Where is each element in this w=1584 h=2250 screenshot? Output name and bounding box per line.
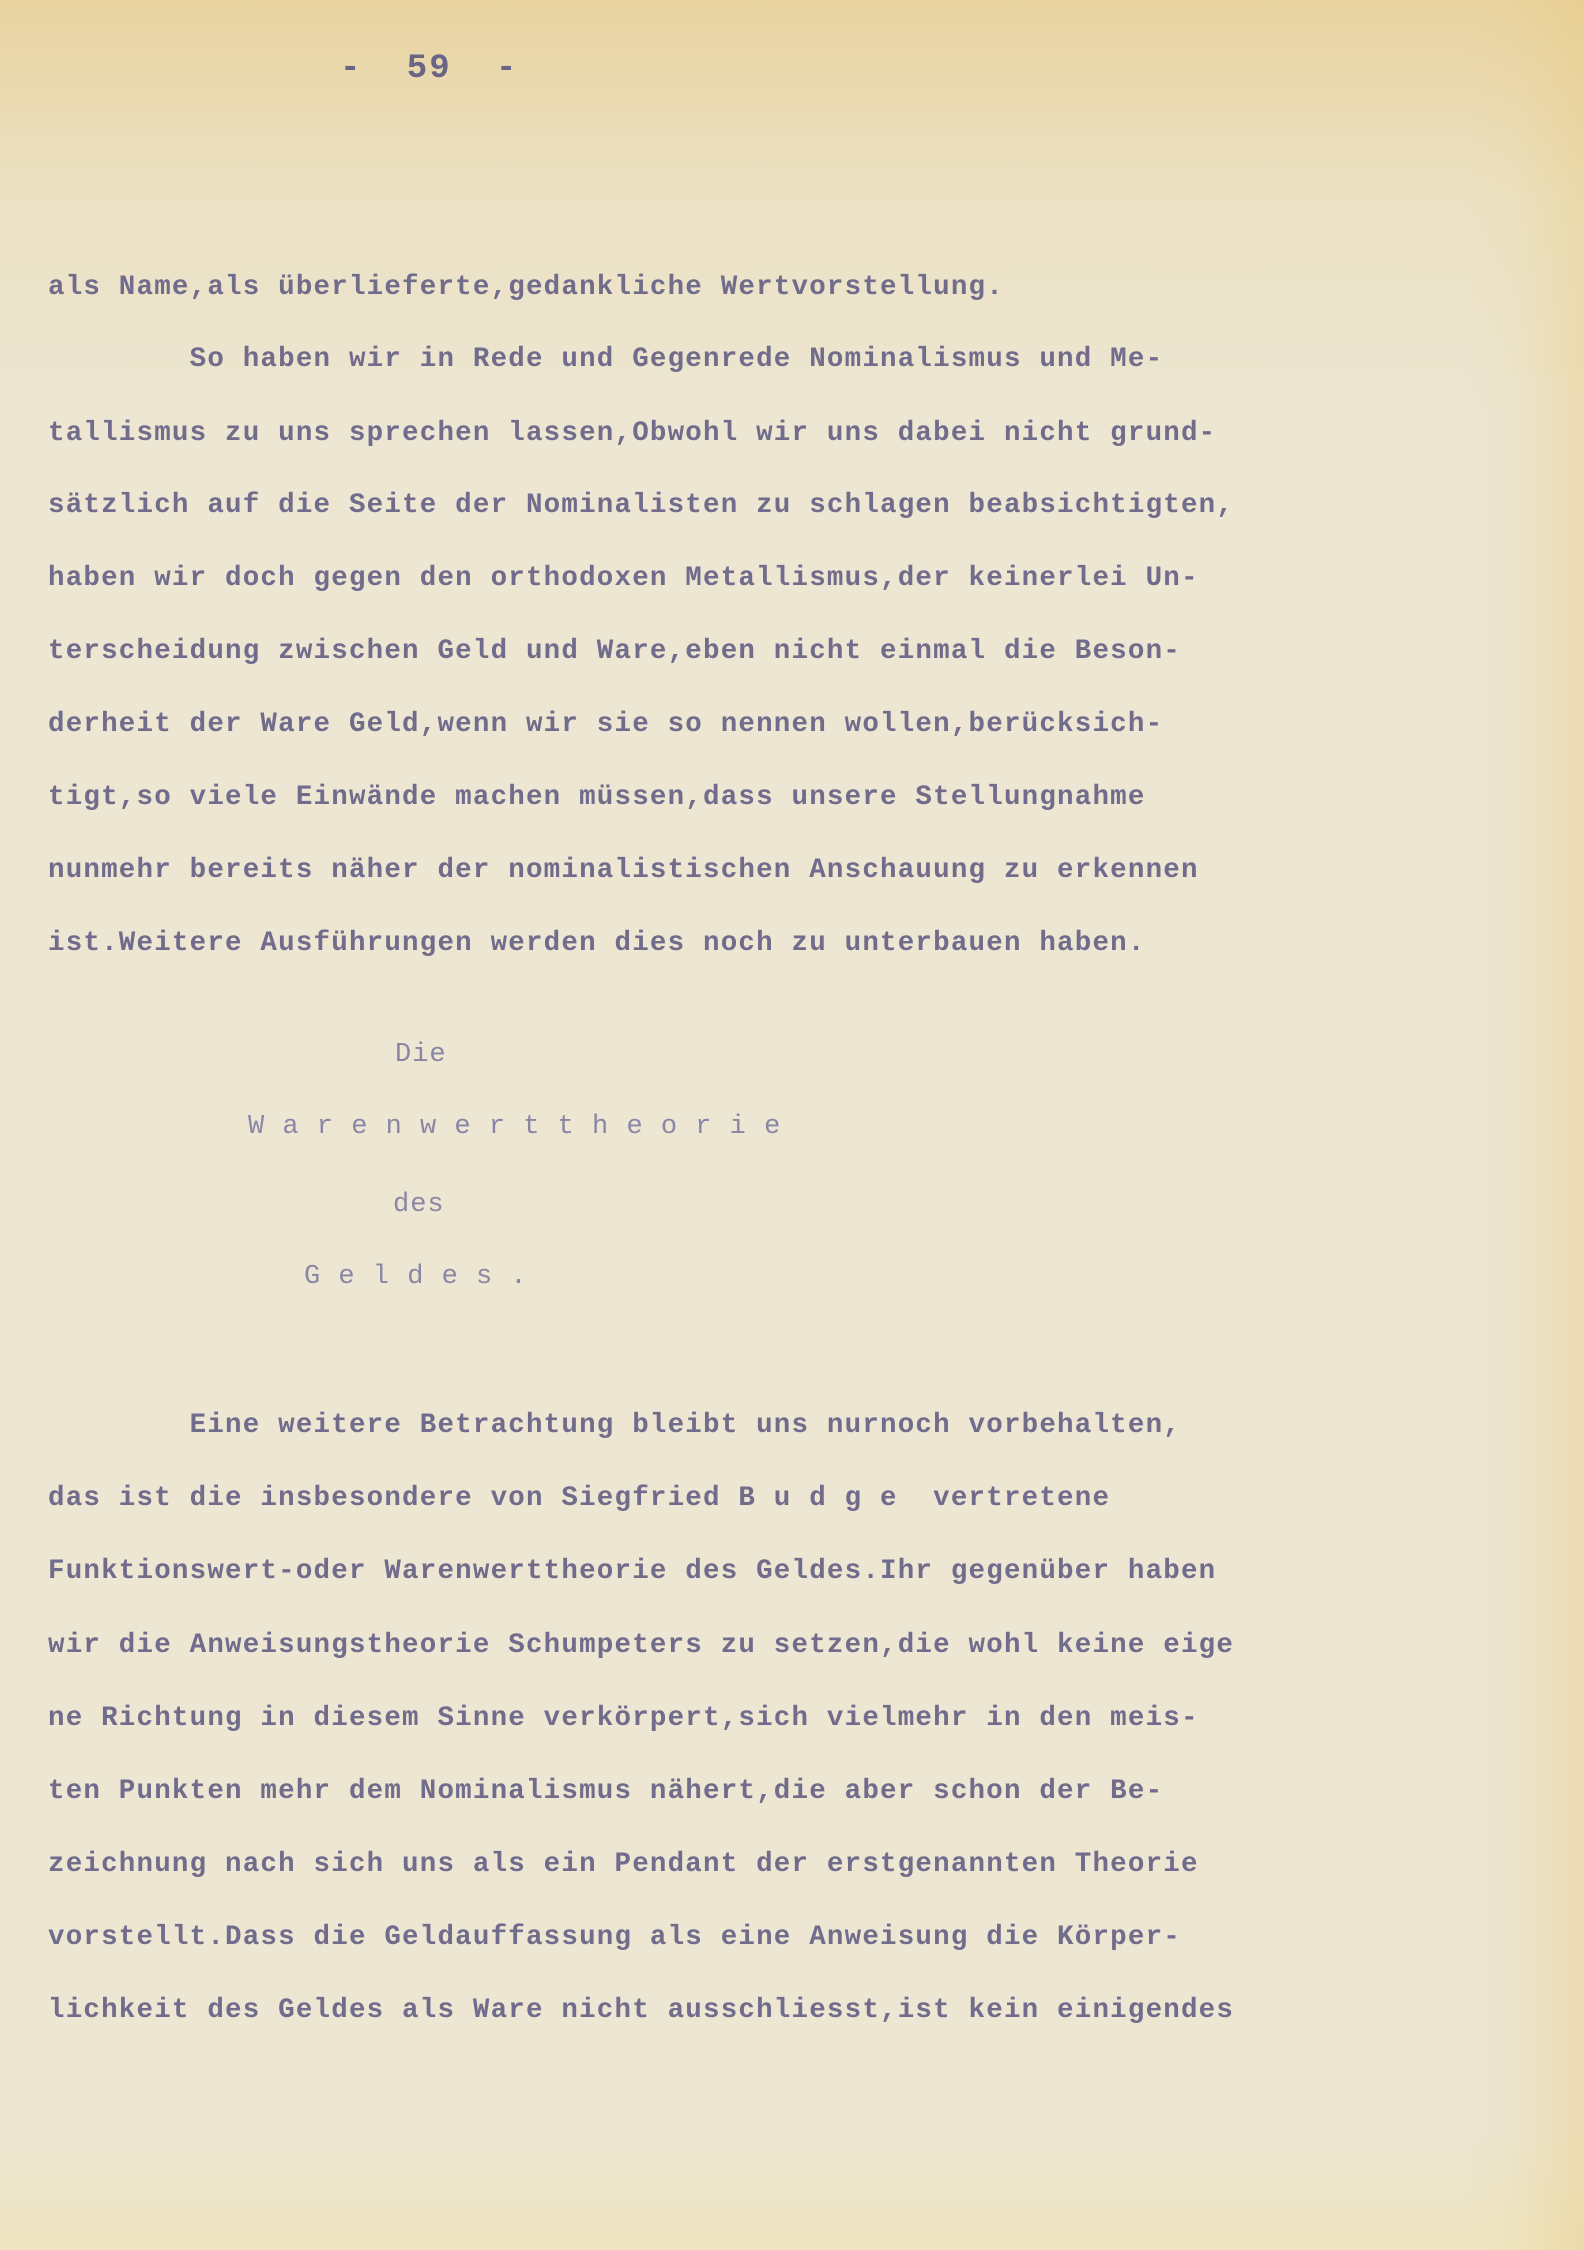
- text-line: als Name,als überlieferte,gedankliche We…: [48, 272, 1004, 303]
- text-line: zeichnung nach sich uns als ein Pendant …: [48, 1849, 1199, 1880]
- text-line: haben wir doch gegen den orthodoxen Meta…: [48, 563, 1199, 594]
- text-line: Eine weitere Betrachtung bleibt uns nurn…: [48, 1410, 1181, 1441]
- text-line: sätzlich auf die Seite der Nominalisten …: [48, 490, 1234, 521]
- text-line: das ist die insbesondere von Siegfried B…: [48, 1483, 1110, 1514]
- text-line: ne Richtung in diesem Sinne verkörpert,s…: [48, 1703, 1199, 1734]
- section-heading-line-2: W a r e n w e r t t h e o r i e: [248, 1112, 781, 1142]
- section-heading-line-3: des: [393, 1190, 445, 1220]
- text-line: derheit der Ware Geld,wenn wir sie so ne…: [48, 709, 1163, 740]
- section-heading-line-1: Die: [395, 1040, 447, 1070]
- text-line: ist.Weitere Ausführungen werden dies noc…: [48, 928, 1146, 959]
- section-heading-line-4: G e l d e s .: [304, 1262, 528, 1292]
- text-line: lichkeit des Geldes als Ware nicht aussc…: [48, 1995, 1234, 2026]
- text-line: tigt,so viele Einwände machen müssen,das…: [48, 782, 1146, 813]
- text-line: Funktionswert-oder Warenwerttheorie des …: [48, 1556, 1216, 1587]
- page-number: - 59 -: [340, 50, 518, 88]
- text-line: terscheidung zwischen Geld und Ware,eben…: [48, 636, 1181, 667]
- text-line: wir die Anweisungstheorie Schumpeters zu…: [48, 1630, 1234, 1661]
- text-line: tallismus zu uns sprechen lassen,Obwohl …: [48, 418, 1216, 449]
- text-line: So haben wir in Rede und Gegenrede Nomin…: [48, 344, 1163, 375]
- text-line: ten Punkten mehr dem Nominalismus nähert…: [48, 1776, 1163, 1807]
- text-line: vorstellt.Dass die Geldauffassung als ei…: [48, 1922, 1181, 1953]
- text-line: nunmehr bereits näher der nominalistisch…: [48, 855, 1199, 886]
- typewritten-page: - 59 - als Name,als überlieferte,gedankl…: [0, 0, 1584, 2250]
